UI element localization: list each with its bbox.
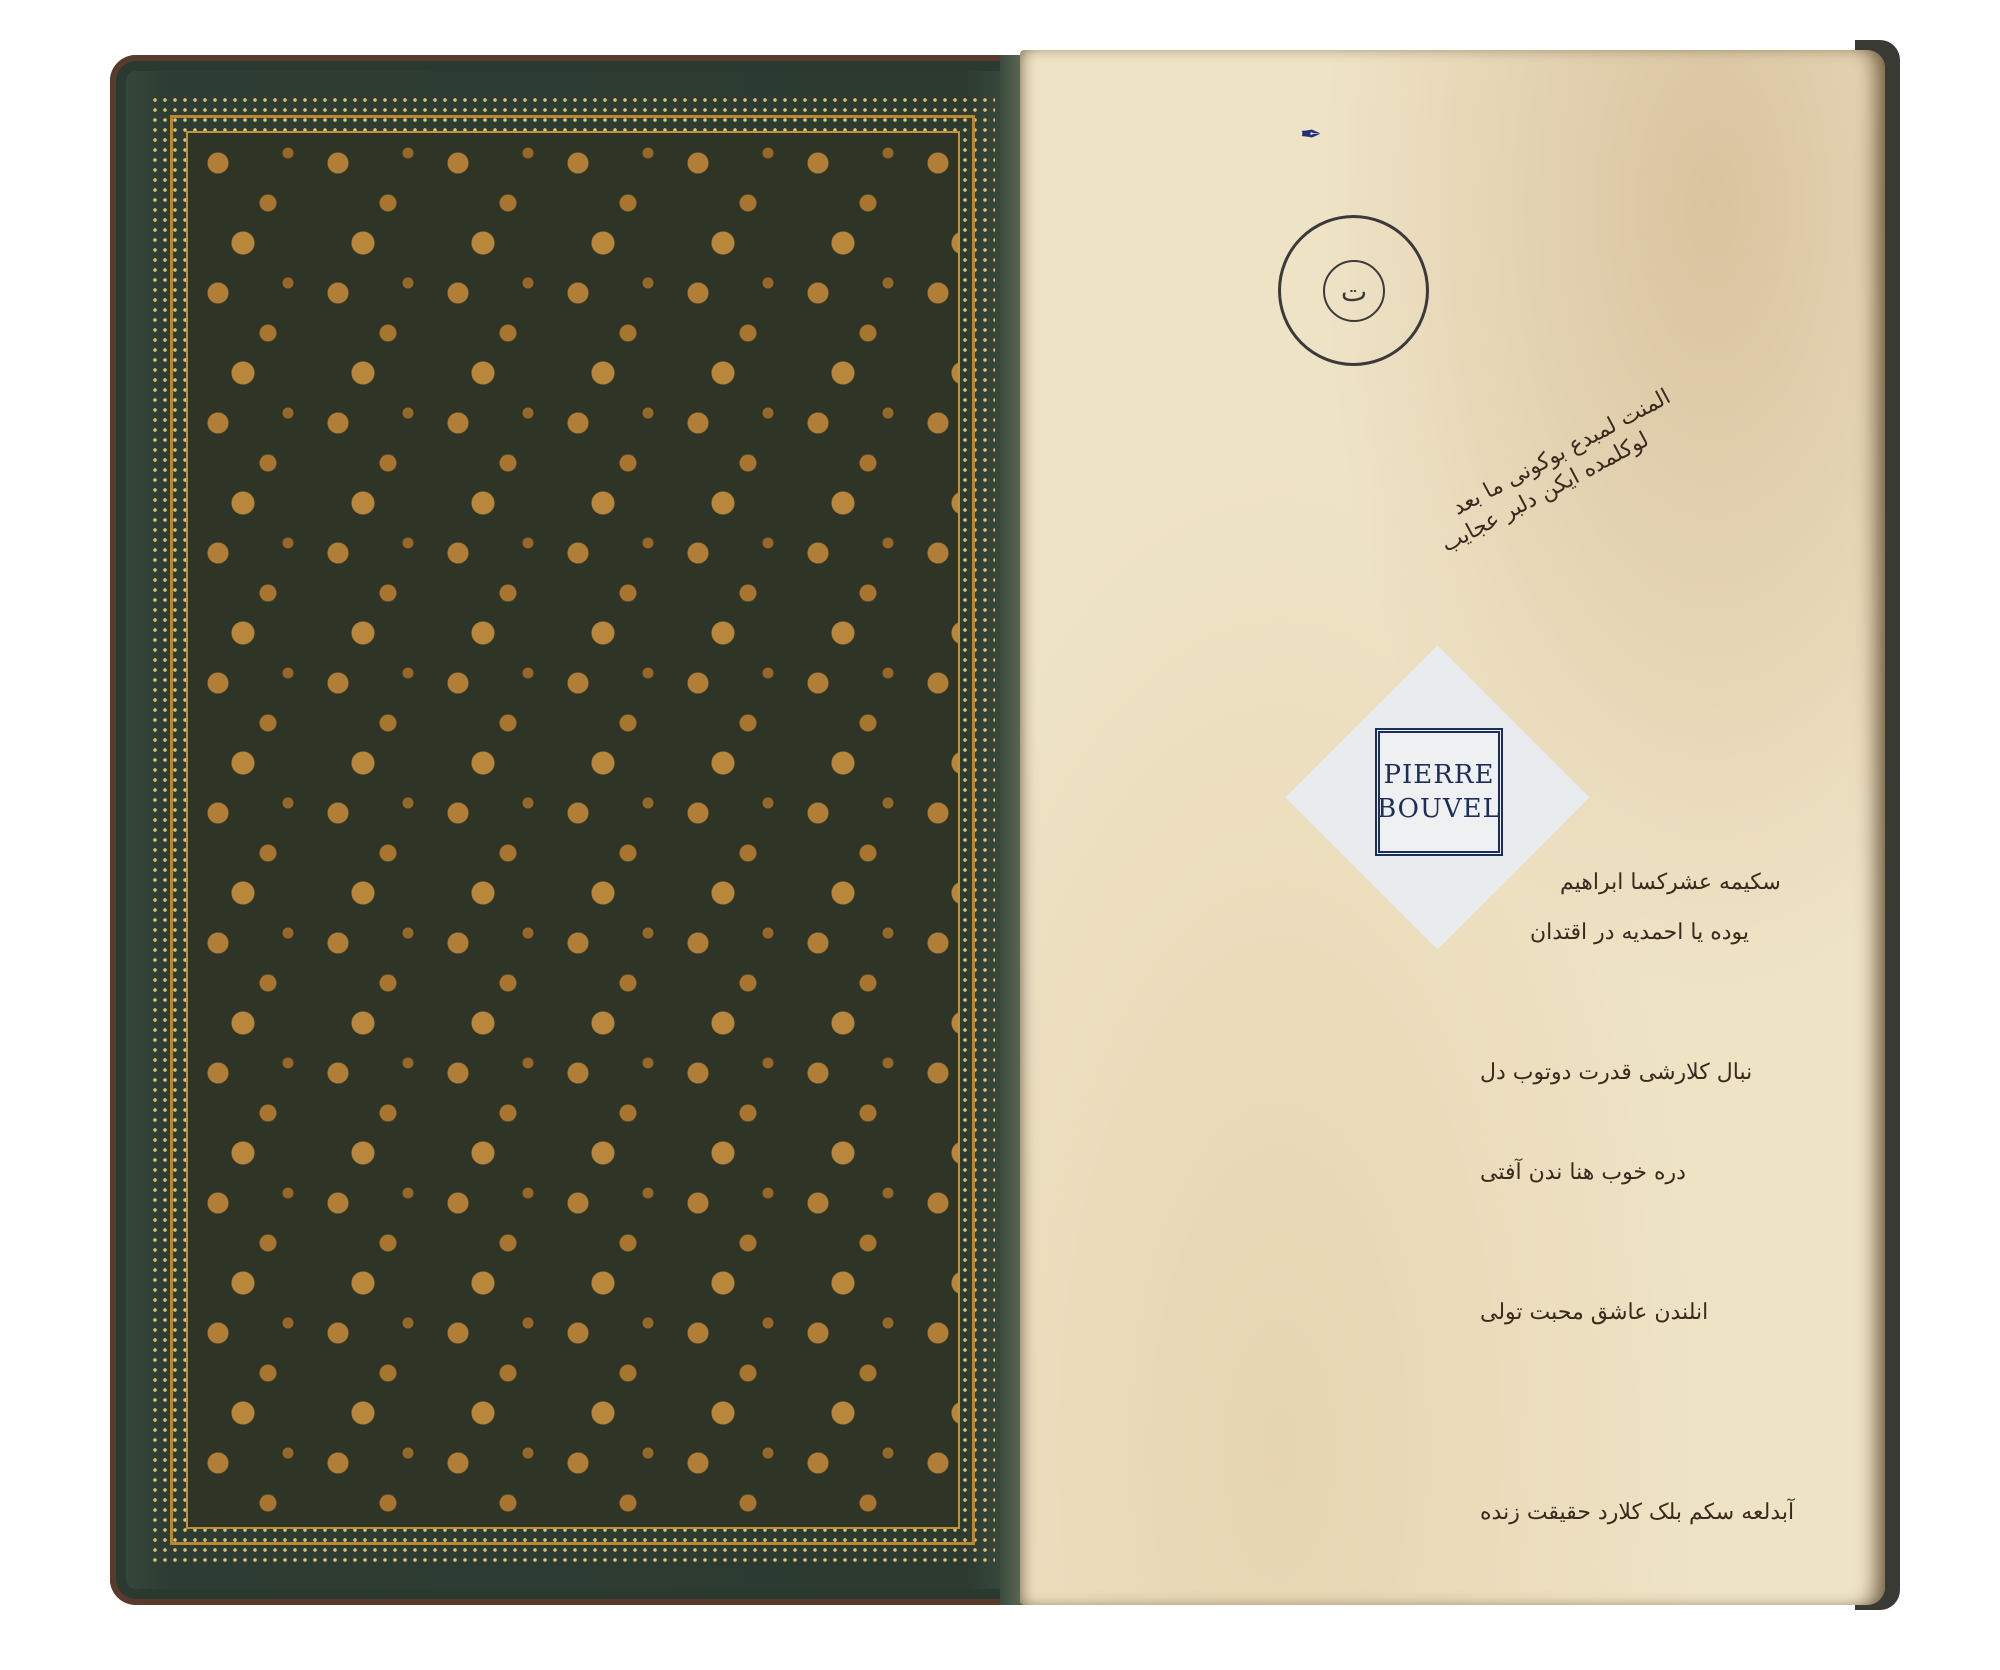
handwritten-note: یوده یا احمدیه در اقتدان xyxy=(1530,920,1749,945)
handwritten-note: نبال کلارشی قدرت دوتوب دل xyxy=(1480,1060,1752,1085)
handwritten-note: انلندن عاشق محبت تولی xyxy=(1480,1300,1708,1325)
ex-libris-label: PIERRE BOUVEL xyxy=(1375,728,1503,856)
ex-libris-line2: BOUVEL xyxy=(1377,792,1501,826)
ex-libris-line1: PIERRE xyxy=(1384,758,1495,792)
seal-stamp: ت xyxy=(1278,215,1429,366)
floral-panel xyxy=(186,131,960,1529)
handwritten-note: سکیمه عشرکسا ابراهیم xyxy=(1560,870,1781,895)
seal-center: ت xyxy=(1323,260,1385,322)
blue-ink-note: ✒ xyxy=(1300,120,1322,150)
handwritten-note: دره خوب هنا ندن آفتی xyxy=(1480,1160,1686,1185)
lacquer-cover xyxy=(110,55,1020,1605)
handwritten-note: آبدلعه سکم بلک کلارد حقیقت زنده xyxy=(1480,1500,1794,1525)
